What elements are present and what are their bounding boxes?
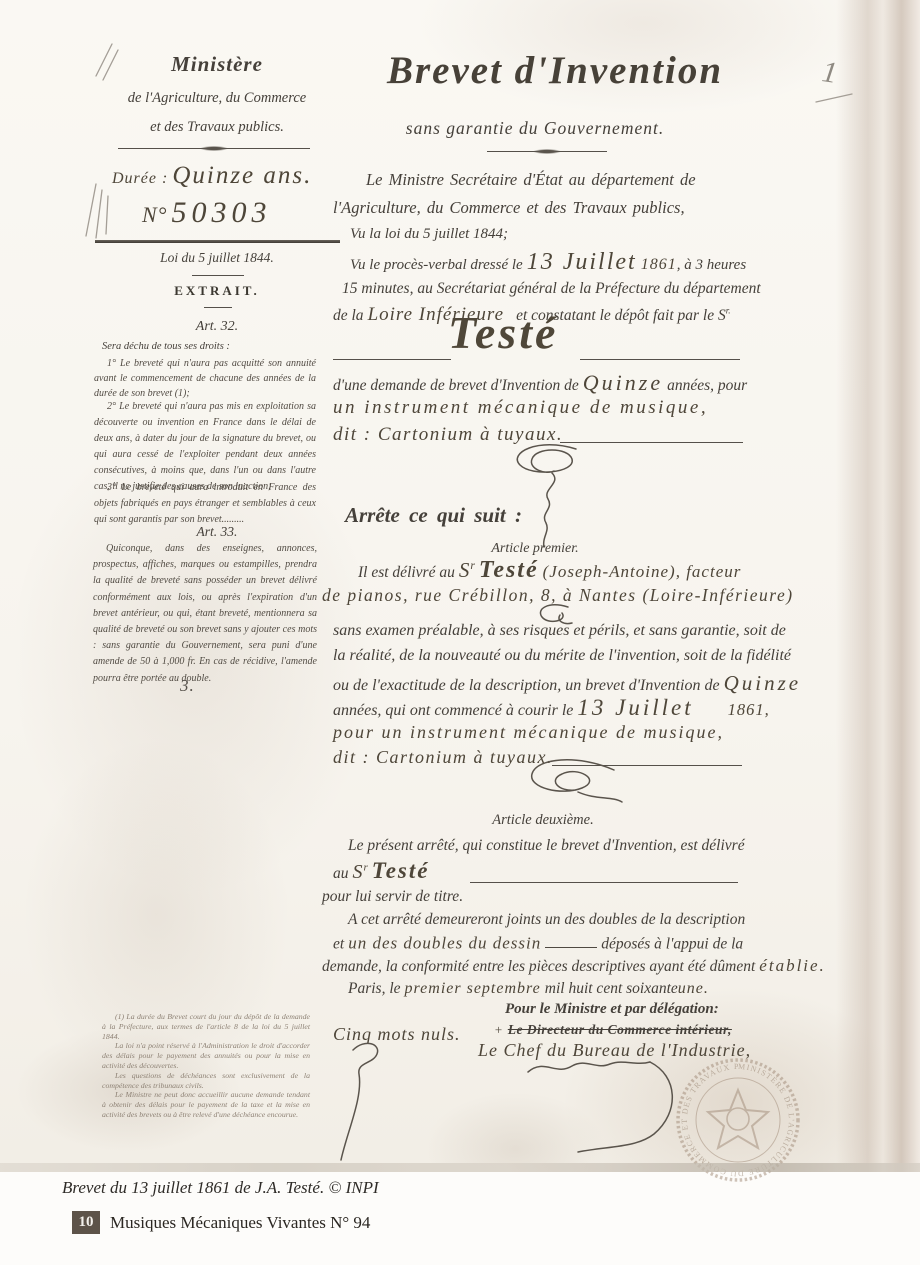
paris-handwritten: premier septembre [405, 980, 541, 997]
seal-star-emblem [708, 1090, 768, 1148]
pv-pre: Vu le procès-verbal dressé le [350, 257, 523, 273]
art32-item-1: 1° Le breveté qui n'aura pas acquitté so… [94, 356, 316, 401]
a1-year: 1861, [728, 700, 770, 719]
a2-sr-abbrev: Sr [353, 861, 368, 883]
name-underline-right [580, 359, 740, 360]
paris-date-line: Paris, le premier septembre mil huit cen… [348, 980, 709, 998]
director-struck-text: Le Directeur du Commerce intérieur, [508, 1022, 732, 1037]
sr-abbrev: Sr [459, 558, 475, 582]
paris-suffix: une. [678, 980, 709, 997]
article-1-line-1: Il est délivré au Sr Testé (Joseph-Antoi… [358, 557, 741, 584]
photo-caption: Brevet du 13 juillet 1861 de J.A. Testé.… [62, 1178, 379, 1198]
opening-line-2: l'Agriculture, du Commerce et des Travau… [333, 198, 685, 218]
a2-pre: au [333, 865, 349, 882]
footnote-block: (1) La durée du Brevet court du jour du … [102, 1012, 310, 1120]
article-2-underline [470, 882, 738, 883]
article-2-heading: Article deuxième. [448, 812, 638, 829]
delegation-line: Pour le Ministre et par délégation: [505, 1001, 719, 1018]
article-2-line-6: demande, la conformité entre les pièces … [322, 956, 826, 976]
law-rule [192, 275, 244, 276]
demande-pre: d'une demande de brevet d'Invention de [333, 377, 579, 394]
number-value: 50303 [171, 196, 271, 229]
duration-label: Durée : [112, 170, 168, 187]
article-2-line-5: et un des doubles du dessin déposés à l'… [333, 933, 743, 953]
seal-ring-text: MINISTÈRE DE L'AGRICULTURE DU COMMERCE E… [669, 1049, 797, 1178]
journal-title: Musiques Mécaniques Vivantes N° 94 [110, 1213, 370, 1233]
ministry-line-1: Ministère [117, 52, 317, 77]
name-underline-left [333, 359, 451, 360]
demande-line-2: un instrument mécanique de musique, [333, 397, 708, 419]
signature-scrawl [468, 1050, 698, 1155]
a1-b3-pre: ou de l'exactitude de la description, un… [333, 677, 720, 694]
paris-mid: mil huit cent soixante [545, 980, 678, 997]
flourish-squiggle-1 [498, 437, 598, 557]
title-ornament-rule [487, 151, 607, 152]
opening-line-1: Le Ministre Secrétaire d'État au départe… [366, 170, 696, 190]
grantee-name: Testé [479, 557, 539, 583]
svg-text:MINISTÈRE DE L'AGRICULTURE DU: MINISTÈRE DE L'AGRICULTURE DU COMMERCE E… [669, 1049, 797, 1178]
vu-loi-line: Vu la loi du 5 juillet 1844; [350, 226, 508, 243]
duration-value: Quinze ans. [172, 162, 312, 189]
art32-heading: Art. 32. [117, 319, 317, 335]
art33-heading: Art. 33. [117, 524, 317, 540]
duration-word: Quinze [583, 370, 663, 395]
article-2-line-1: Le présent arrêté, qui constitue le brev… [348, 837, 745, 855]
article-1-body-2: la réalité, de la nouveauté ou du mérite… [333, 647, 791, 665]
arrete-heading: Arrête ce qui suit : [345, 503, 522, 528]
page-number-badge: 10 [72, 1211, 100, 1234]
page-curl-shadow [836, 0, 920, 1172]
blank-fill-rule [545, 933, 597, 948]
margin-mark-3: 3. [180, 676, 195, 696]
a2-l5-handwritten: un des doubles du dessin [348, 933, 541, 952]
pv-year: 1861 [641, 256, 677, 273]
pv-line-2: 15 minutes, au Secrétariat général de la… [342, 280, 761, 298]
art32-item-3: 3° Le breveté qui aura introduit en Fran… [94, 480, 316, 528]
a1-duration: Quinze [724, 671, 802, 695]
a2-l5-pre: et [333, 935, 344, 952]
a1-post: (Joseph-Antoine), facteur [543, 562, 742, 581]
a2-l6-pre: demande, la conformité entre les pièces … [322, 958, 755, 975]
document-subtitle: sans garantie du Gouvernement. [380, 118, 690, 139]
demande-post: années, pour [667, 377, 747, 394]
plus-mark: + [494, 1022, 504, 1037]
brevet-scan-photo: 1 Ministère de l'Agriculture, du Commerc… [0, 0, 920, 1172]
law-line: Loi du 5 juillet 1844. [97, 250, 337, 266]
number-double-rule [95, 240, 340, 243]
flourish-squiggle-2 [518, 752, 628, 812]
article-1-body-4: années, qui ont commencé à courir le 13 … [333, 695, 770, 721]
article-2-line-3: pour lui servir de titre. [322, 888, 463, 906]
a2-grantee-name: Testé [372, 858, 430, 883]
scan-bottom-edge [0, 1163, 920, 1172]
ministry-line-3: et des Travaux publics. [117, 119, 317, 136]
a2-l5-post: déposés à l'appui de la [601, 935, 743, 952]
paris-pre: Paris, le [348, 980, 401, 997]
duration-line: Durée : Quinze ans. [112, 162, 312, 190]
article-2-line-2: au Sr Testé [333, 858, 429, 884]
number-label: N° [142, 202, 167, 227]
pv-date: 13 Juillet [527, 249, 637, 275]
pv-l3-pre: de la [333, 307, 364, 324]
corner-mark-underline [812, 88, 858, 106]
grantee-name-large: Testé [448, 306, 558, 359]
art33-paragraph: Quiconque, dans des enseignes, annonces,… [93, 541, 317, 687]
article-1-body-3: ou de l'exactitude de la description, un… [333, 671, 801, 696]
a1-pre: Il est délivré au [358, 564, 455, 581]
paraphe-scrawl [335, 1036, 405, 1164]
a1-date: 13 Juillet [577, 695, 693, 720]
article-1-body-1: sans examen préalable, à ses risques et … [333, 622, 786, 640]
extrait-rule [204, 307, 232, 308]
article-1-heading: Article premier. [440, 541, 630, 557]
demande-line-1: d'une demande de brevet d'Invention de Q… [333, 370, 747, 396]
sr-superscript: r. [726, 306, 731, 316]
page-footer: 10 Musiques Mécaniques Vivantes N° 94 [72, 1211, 370, 1234]
a2-l6-handwritten: établie. [759, 956, 826, 975]
article-1-body-5: pour un instrument mécanique de musique, [333, 722, 724, 743]
art32-intro: Sera déchu de tous ses droits : [102, 341, 230, 352]
ministry-divider [118, 148, 310, 149]
director-struck-line: + Le Directeur du Commerce intérieur, [494, 1021, 732, 1039]
magazine-page: { "caption": "Brevet du 13 juillet 1861 … [0, 0, 920, 1265]
document-title: Brevet d'Invention [360, 48, 750, 93]
article-2-line-4: A cet arrêté demeureront joints un des d… [348, 911, 745, 929]
extrait-heading: EXTRAIT. [117, 283, 317, 299]
a1-b4-pre: années, qui ont commencé à courir le [333, 702, 573, 719]
vu-proces-verbal-line: Vu le procès-verbal dressé le 13 Juillet… [350, 249, 746, 276]
patent-number-line: N° 50303 [142, 196, 271, 230]
pv-post: , à 3 heures [677, 257, 746, 273]
ministry-line-2: de l'Agriculture, du Commerce [95, 90, 339, 107]
